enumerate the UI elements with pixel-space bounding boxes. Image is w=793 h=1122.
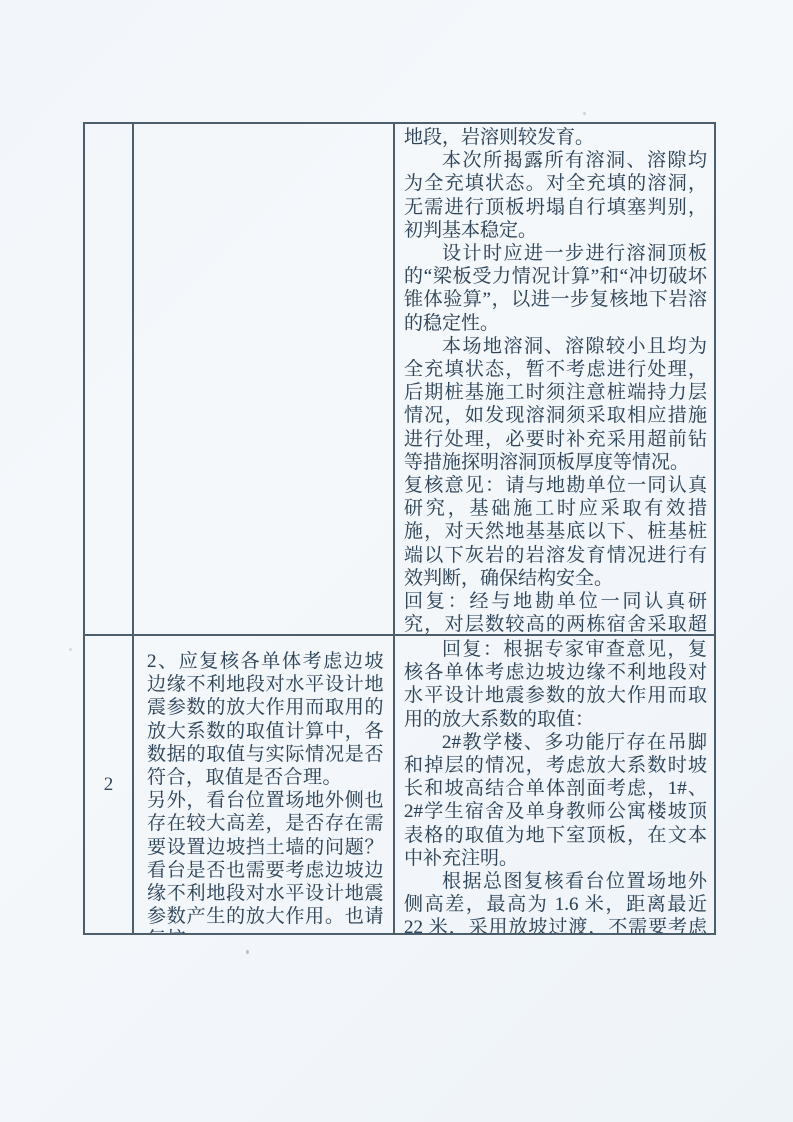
table-row: 地段，岩溶则较发育。 本次所揭露所有溶洞、溶隙均为全充填状态。对全充填的溶洞，无… [85,124,714,636]
paragraph: 回复：根据专家审查意见，复核各单体考虑边坡边缘不利地段对水平设计地震参数的放大作… [404,638,707,731]
review-comments-table: 地段，岩溶则较发育。 本次所揭露所有溶洞、溶隙均为全充填状态。对全充填的溶洞，无… [83,122,716,935]
paragraph: 地段，岩溶则较发育。 [404,126,707,149]
row-number-cell: 2 [85,636,134,933]
paragraph: 根据总图复核看台位置场地外侧高差，最高为 1.6 米，距离最近 22 米，采用放… [404,870,707,933]
row-number-cell [85,124,134,634]
paragraph: 本次所揭露所有溶洞、溶隙均为全充填状态。对全充填的溶洞，无需进行顶板坍塌自行填塞… [404,149,707,242]
scan-speck [69,648,72,651]
paragraph: 2#教学楼、多功能厅存在吊脚和掉层的情况，考虑放大系数时坡长和坡高结合单体剖面考… [404,731,707,870]
reply-cell: 回复：根据专家审查意见，复核各单体考虑边坡边缘不利地段对水平设计地震参数的放大作… [395,636,714,933]
table-row: 2 2、应复核各单体考虑边坡边缘不利地段对水平设计地震参数的放大作用而取用的放大… [85,636,714,933]
reply-cell: 地段，岩溶则较发育。 本次所揭露所有溶洞、溶隙均为全充填状态。对全充填的溶洞，无… [395,124,714,634]
paragraph: 2、应复核各单体考虑边坡边缘不利地段对水平设计地震参数的放大作用而取用的放大系数… [147,650,384,789]
paragraph: 本场地溶洞、溶隙较小且均为全充填状态，暂不考虑进行处理，后期桩基施工时须注意桩端… [404,335,707,474]
row-number: 2 [104,774,114,796]
expert-comment-cell [134,124,395,634]
paragraph: 回复：经与地勘单位一同认真研究，对层数较高的两栋宿舍采取超前钻等措施探明溶洞顶板… [404,590,707,634]
expert-comment-cell: 2、应复核各单体考虑边坡边缘不利地段对水平设计地震参数的放大作用而取用的放大系数… [134,636,395,933]
paragraph: 设计时应进一步进行溶洞顶板的“梁板受力情况计算”和“冲切破坏锥体验算”，以进一步… [404,242,707,335]
scan-speck [246,950,249,954]
scanned-document-page: 地段，岩溶则较发育。 本次所揭露所有溶洞、溶隙均为全充填状态。对全充填的溶洞，无… [0,0,793,1122]
paragraph: 另外，看台位置场地外侧也存在较大高差，是否存在需要设置边坡挡土墙的问题？看台是否… [147,789,384,933]
paragraph: 复核意见：请与地勘单位一同认真研究，基础施工时应采取有效措施，对天然地基基底以下… [404,474,707,590]
scan-speck [583,112,586,115]
